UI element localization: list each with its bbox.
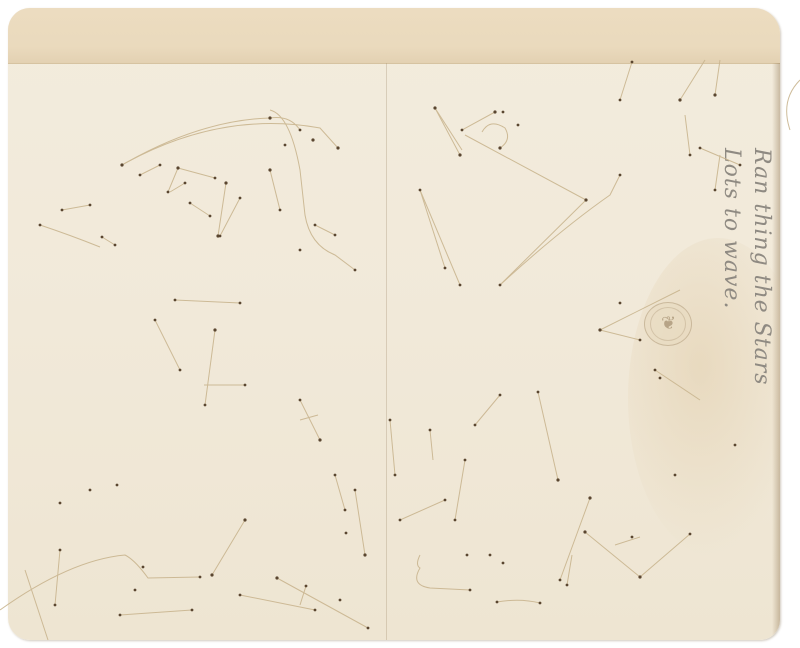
thread-and-pin-layer [0,0,800,648]
